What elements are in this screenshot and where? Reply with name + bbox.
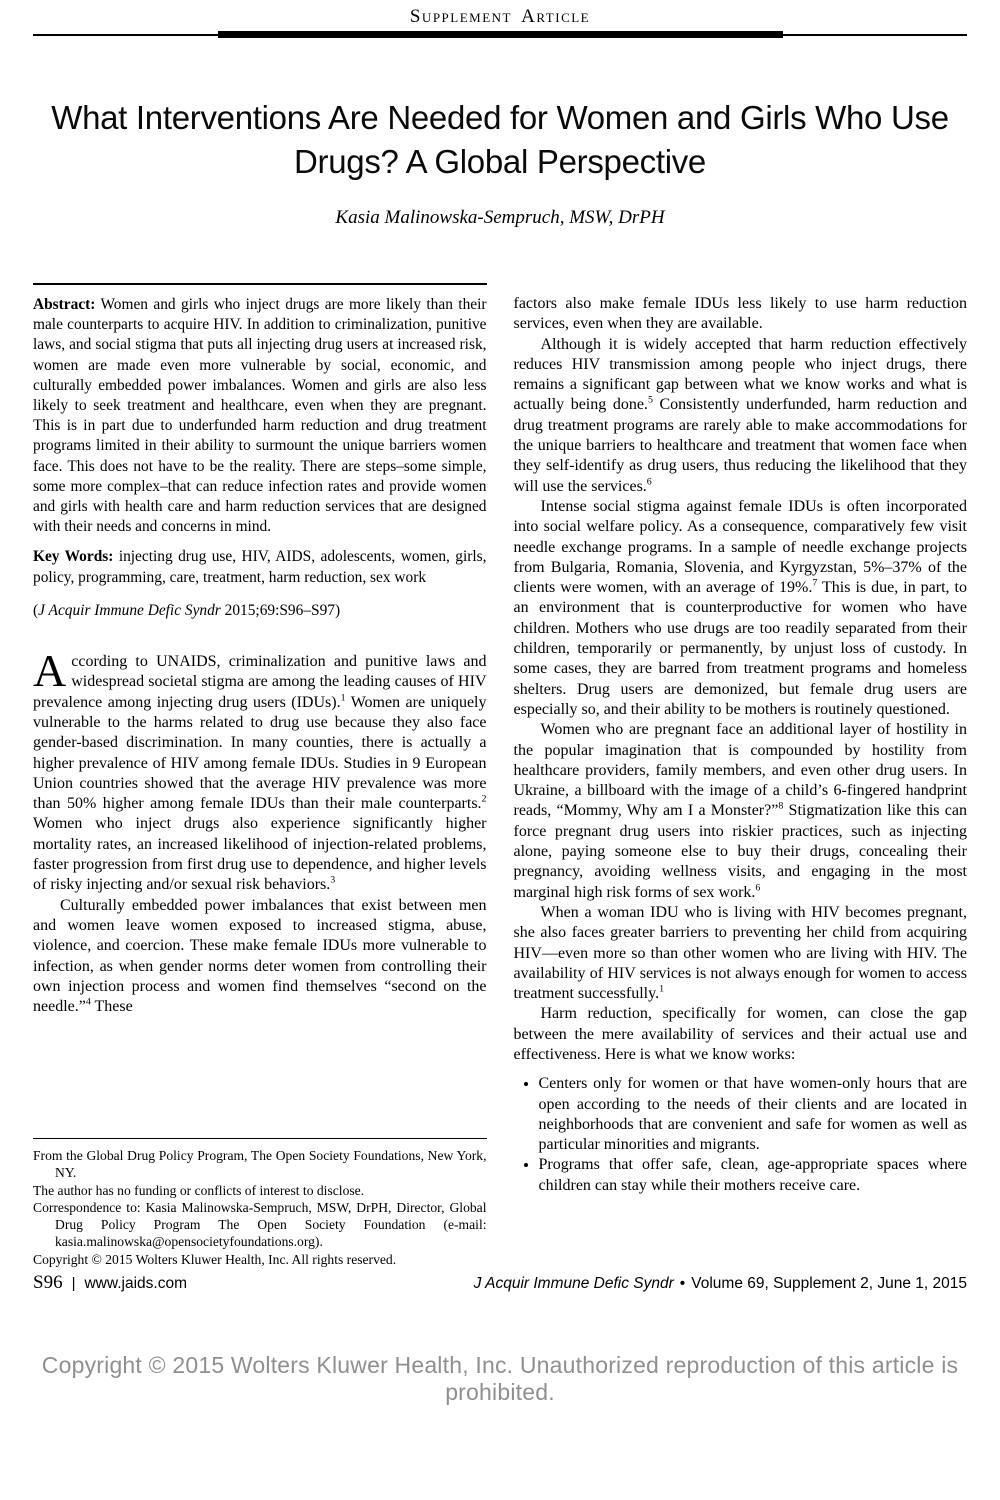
footnote-correspondence: Correspondence to: Kasia Malinowska-Semp… — [33, 1199, 487, 1251]
opening-paragraph: According to UNAIDS, criminalization and… — [33, 652, 487, 896]
abstract-label: Abstract: — [33, 296, 95, 313]
author-byline: Kasia Malinowska-Sempruch, MSW, DrPH — [0, 207, 1000, 229]
copyright-banner: Copyright © 2015 Wolters Kluwer Health, … — [0, 1352, 1000, 1406]
journal-website: www.jaids.com — [84, 1275, 187, 1293]
paragraph: Intense social stigma against female IDU… — [514, 497, 968, 720]
journal-name: J Acquir Immune Defic Syndr — [474, 1275, 674, 1293]
footer-left: S96 | www.jaids.com — [33, 1272, 187, 1294]
keywords-paragraph: Key Words: injecting drug use, HIV, AIDS… — [33, 547, 487, 587]
paragraph: Harm reduction, specifically for women, … — [514, 1004, 968, 1065]
recommendations-list: Centers only for women or that have wome… — [514, 1074, 968, 1196]
article-body: Abstract: Women and girls who inject dru… — [33, 283, 967, 1268]
header-rule-thick-center — [218, 31, 783, 38]
keywords-label: Key Words: — [33, 548, 113, 565]
citation-line: (J Acquir Immune Defic Syndr 2015;69:S96… — [33, 601, 487, 621]
header-rule-thin-right — [783, 34, 968, 36]
footer-separator: | — [72, 1275, 76, 1292]
right-column: factors also make female IDUs less likel… — [514, 283, 968, 1268]
citation-rest: 2015;69:S96–S97) — [221, 602, 340, 619]
opening-paragraph-text: ccording to UNAIDS, criminalization and … — [33, 653, 487, 893]
citation-journal: J Acquir Immune Defic Syndr — [38, 602, 221, 619]
abstract-section: Abstract: Women and girls who inject dru… — [33, 283, 487, 621]
left-column: Abstract: Women and girls who inject dru… — [33, 283, 487, 1268]
dropcap-letter: A — [33, 652, 71, 688]
paragraph: Culturally embedded power imbalances tha… — [33, 896, 487, 1018]
header-rule-thin-left — [33, 34, 218, 36]
header-rule — [33, 31, 967, 38]
paragraph: factors also make female IDUs less likel… — [514, 294, 968, 335]
page-footer: S96 | www.jaids.com J Acquir Immune Defi… — [33, 1272, 967, 1294]
footnote-disclosure: The author has no funding or conflicts o… — [33, 1182, 487, 1199]
footer-bullet: • — [680, 1275, 685, 1293]
footnotes-section: From the Global Drug Policy Program, The… — [33, 1138, 487, 1268]
journal-page: Supplement Article What Interventions Ar… — [0, 0, 1000, 1500]
list-item: Programs that offer safe, clean, age-app… — [539, 1155, 968, 1196]
paragraph: When a woman IDU who is living with HIV … — [514, 903, 968, 1004]
article-type-kicker: Supplement Article — [0, 6, 1000, 28]
abstract-text: Women and girls who inject drugs are mor… — [33, 296, 487, 535]
article-title: What Interventions Are Needed for Women … — [40, 96, 960, 184]
paragraph: Women who are pregnant face an additiona… — [514, 720, 968, 903]
page-number: S96 — [33, 1272, 63, 1294]
footnote-affiliation: From the Global Drug Policy Program, The… — [33, 1147, 487, 1182]
footer-right: J Acquir Immune Defic Syndr • Volume 69,… — [474, 1275, 967, 1293]
list-item: Centers only for women or that have wome… — [539, 1074, 968, 1155]
paragraph: Although it is widely accepted that harm… — [514, 335, 968, 497]
abstract-paragraph: Abstract: Women and girls who inject dru… — [33, 295, 487, 537]
footnote-copyright: Copyright © 2015 Wolters Kluwer Health, … — [33, 1251, 487, 1268]
issue-info: Volume 69, Supplement 2, June 1, 2015 — [691, 1275, 967, 1293]
